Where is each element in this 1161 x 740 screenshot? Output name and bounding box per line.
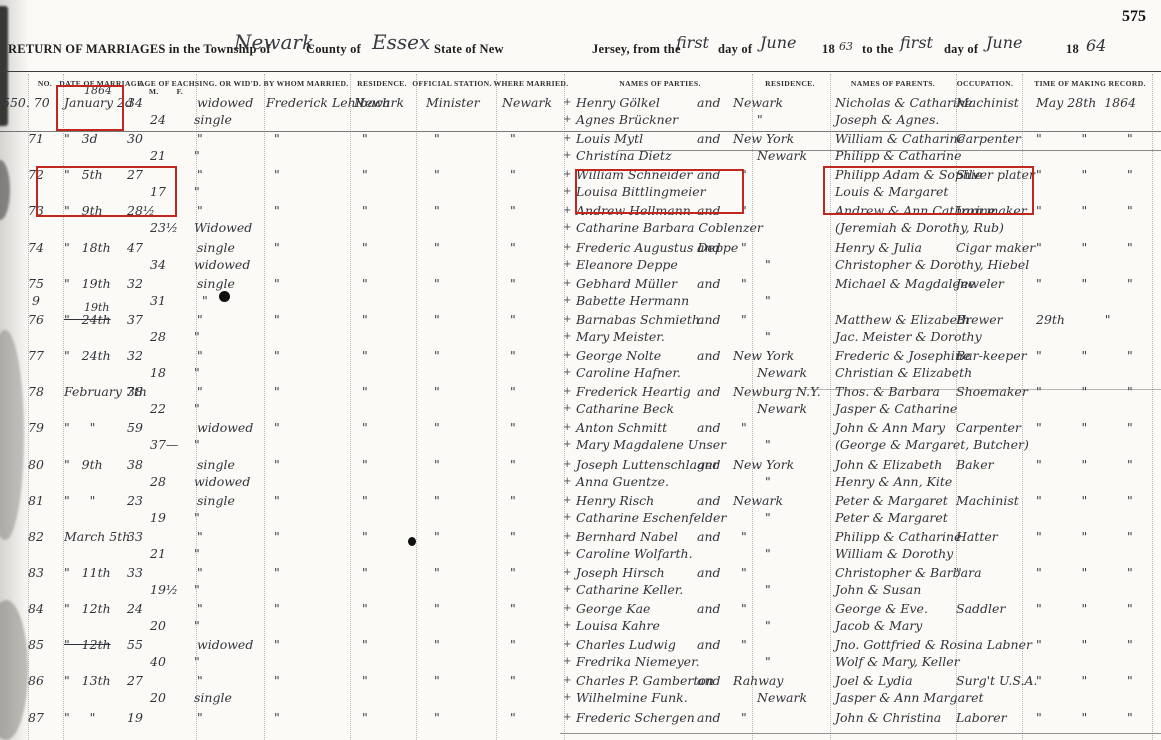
field-officiant-res: " [354, 637, 368, 652]
annotation-box-row72-parents [823, 166, 1034, 215]
field-groom-res: New York [733, 348, 794, 363]
title-county: Essex [372, 30, 430, 54]
field-station: " [426, 167, 440, 182]
field-time: " " " [1036, 710, 1133, 725]
field-officiant-res: " [354, 276, 368, 291]
field-groom-res: Newark [733, 95, 783, 110]
field-parents-m: Thos. & Barbara [835, 384, 940, 399]
field-parents-f: Wolf & Mary, Keller [835, 654, 960, 669]
field-parents-f: John & Susan [835, 582, 921, 597]
field-parents-m: Matthew & Elizabeth [835, 312, 970, 327]
field-conj: and [697, 420, 721, 435]
field-station: " [426, 493, 440, 508]
field-bride: Mary Magdalene Unser [576, 437, 726, 452]
field-time: " " " [1036, 420, 1133, 435]
column-separator [350, 74, 351, 740]
field-occupation: Carpenter [956, 420, 1021, 435]
field-bride: Caroline Hafner. [576, 365, 681, 380]
marriage-record-74: 74" 18th4734singlewidowed " " " "Frederi… [0, 239, 1161, 275]
field-by-whom: " [266, 276, 280, 291]
field-groom: George Kae [576, 601, 650, 616]
field-where: " [502, 420, 516, 435]
field-where: " [502, 529, 516, 544]
field-age-m: 33 [127, 529, 143, 544]
field-age-f: 19 [150, 510, 166, 525]
field-conj: and [697, 601, 721, 616]
field-status-m: " [197, 131, 203, 146]
col-header-where: WHERE MARRIED. [494, 79, 569, 88]
field-bride: Babette Hermann [576, 293, 689, 308]
field-status-m: widowed [197, 637, 253, 652]
field-groom-res: " [733, 276, 747, 291]
marriage-record-86: 86" 13th2720"single " " " "Charles P. Ga… [0, 672, 1161, 708]
field-station: " [426, 384, 440, 399]
marriage-record-81: 81" "2319single" " " " "Henry RischandNe… [0, 492, 1161, 528]
field-age-f: 31 [150, 293, 166, 308]
field-parents-m: Peter & Margaret [835, 493, 948, 508]
field-age-m: 38 [127, 384, 143, 399]
field-bride-res: " [757, 618, 771, 633]
field-conj: and [697, 312, 721, 327]
field-age-m: 59 [127, 420, 143, 435]
field-time: " " " [1036, 637, 1133, 652]
column-separator [63, 74, 64, 740]
field-conj: and [697, 565, 721, 580]
field-time: " " " [1036, 457, 1133, 472]
field-parents-f: Christopher & Dorothy, Hiebel [835, 257, 1029, 272]
field-where: " [502, 384, 516, 399]
field-occupation: Machinist [956, 493, 1019, 508]
field-conj: and [697, 493, 721, 508]
field-parents-f: Jac. Meister & Dorothy [835, 329, 982, 344]
field-status-m: single [197, 240, 235, 255]
title-rule [0, 71, 1161, 72]
field-officiant-res: " [354, 601, 368, 616]
field-by-whom: " [266, 565, 280, 580]
field-status-f: widowed [194, 257, 250, 272]
field-by-whom: " [266, 529, 280, 544]
field-bride-res: Newark [757, 690, 807, 705]
field-groom: Bernhard Nabel [576, 529, 678, 544]
field-bride: Caroline Wolfarth. [576, 546, 693, 561]
field-occupation: Brewer [956, 312, 1003, 327]
marriage-record-71: 71" 3d3021"" " " " "Louis MytlandNew Yor… [0, 130, 1161, 166]
marriage-record-82: 82March 5th3321"" " " " "Bernhard Nabela… [0, 528, 1161, 564]
field-station: " [426, 203, 440, 218]
field-bride: Louisa Kahre [576, 618, 660, 633]
field-where: " [502, 457, 516, 472]
field-time: " " " [1036, 493, 1133, 508]
field-groom: Louis Mytl [576, 131, 643, 146]
field-groom-res: " [733, 529, 747, 544]
title-to-day: first [900, 33, 933, 52]
rule-under-record-70 [0, 131, 1161, 132]
field-parents-m: John & Christina [835, 710, 941, 725]
field-no: 86 [28, 673, 44, 688]
field-where: " [502, 565, 516, 580]
field-officiant-res: " [354, 457, 368, 472]
field-by-whom: " [266, 384, 280, 399]
field-age-f: 28 [150, 474, 166, 489]
field-station: " [426, 565, 440, 580]
field-date: " " [64, 493, 95, 508]
field-groom-res: " [733, 420, 747, 435]
field-date: " 18th [64, 240, 111, 255]
field-station: " [426, 240, 440, 255]
field-status-f: single [194, 690, 232, 705]
column-separator [196, 74, 197, 740]
field-bride: Agnes Brückner [576, 112, 678, 127]
field-officiant-res: " [354, 420, 368, 435]
col-header-occupation: OCCUPATION. [957, 79, 1014, 88]
field-no: 87 [28, 710, 44, 725]
field-groom-res: " [733, 637, 747, 652]
marriage-record-79: 79" "5937—widowed" " " " "Anton Schmitta… [0, 419, 1161, 455]
marriage-record-80: 80" 9th3828singlewidowed " " " "Joseph L… [0, 456, 1161, 492]
field-status-m: " [197, 167, 203, 182]
field-bride-res: " [757, 293, 771, 308]
annotation-box-row72-names [575, 169, 744, 214]
field-time: " " " [1036, 203, 1133, 218]
field-no: 80 [28, 457, 44, 472]
field-groom: Henry Risch [576, 493, 654, 508]
field-officiant-res: " [354, 710, 368, 725]
field-bride-res: Newark [757, 401, 807, 416]
field-groom: Charles P. Gamberton [576, 673, 714, 688]
field-by-whom: " [266, 710, 280, 725]
col-header-singwid: SING. OR WID'D. [195, 79, 261, 88]
field-bride: Wilhelmine Funk. [576, 690, 688, 705]
field-station: " [426, 601, 440, 616]
field-occupation: Hatter [956, 529, 998, 544]
field-date-above: 19th [84, 300, 110, 315]
title-to-year: 64 [1086, 36, 1106, 55]
marriage-record-85: 85" 12th5540widowed" " " " "Charles Ludw… [0, 636, 1161, 672]
field-date: " 24th [64, 348, 111, 363]
field-bride: Catharine Beck [576, 401, 674, 416]
field-station: " [426, 131, 440, 146]
field-date: " 12th [64, 601, 111, 616]
col-header-no: NO. [38, 79, 52, 88]
field-conj: and [697, 457, 721, 472]
field-age-m: 24 [127, 601, 143, 616]
field-age-m: 30 [127, 131, 143, 146]
field-conj: and [697, 384, 721, 399]
field-occupation: Laborer [956, 710, 1007, 725]
field-groom: Charles Ludwig [576, 637, 676, 652]
title-printed-4: Jersey, from the [592, 42, 681, 57]
field-no: 79 [28, 420, 44, 435]
field-status-m: " [197, 312, 203, 327]
field-conj: and [697, 710, 721, 725]
field-officiant-res: " [354, 167, 368, 182]
field-groom-res: " [733, 601, 747, 616]
field-by-whom: " [266, 312, 280, 327]
field-age-f: 40 [150, 654, 166, 669]
field-parents-f: William & Dorothy [835, 546, 953, 561]
field-parents-m: Jno. Gottfried & Rosina Labner [835, 637, 1032, 652]
column-separator [830, 74, 831, 740]
field-status-m: " [197, 710, 203, 725]
field-age-f: 37— [150, 437, 178, 452]
field-by-whom: " [266, 637, 280, 652]
field-by-whom: " [266, 420, 280, 435]
field-status-m: " [197, 673, 203, 688]
title-printed-9: 18 [1066, 42, 1079, 57]
field-bride-res: " [757, 329, 771, 344]
field-officiant-res: " [354, 493, 368, 508]
ink-blot [219, 291, 230, 302]
col-header-time: TIME OF MAKING RECORD. [1034, 79, 1146, 88]
field-where: " [502, 348, 516, 363]
field-station: " [426, 276, 440, 291]
field-age-f: 19½ [150, 582, 178, 597]
column-separator [564, 74, 565, 740]
field-age-m: 33 [127, 565, 143, 580]
field-age-m: 27 [127, 673, 143, 688]
title-from-day: first [676, 33, 709, 52]
field-groom-res: " [733, 240, 747, 255]
field-station: " [426, 312, 440, 327]
field-no: 75 [28, 276, 44, 291]
field-bride: Fredrika Niemeyer. [576, 654, 700, 669]
field-groom: Frederick Heartig [576, 384, 691, 399]
field-groom-res: Rahway [733, 673, 783, 688]
column-separator [1152, 74, 1153, 740]
field-status-m: " [197, 348, 203, 363]
field-officiant-res: " [354, 131, 368, 146]
col-header-parents: NAMES OF PARENTS. [851, 79, 935, 88]
field-conj: and [697, 529, 721, 544]
field-parents-f: Jasper & Catharine [835, 401, 957, 416]
annotation-box-row72-number-date-ages [36, 166, 177, 217]
field-station: " [426, 710, 440, 725]
field-station: " [426, 529, 440, 544]
annotation-box-date-1864 [56, 85, 124, 131]
field-age-f: 20 [150, 618, 166, 633]
field-conj: and [697, 276, 721, 291]
field-date: " 9th [64, 457, 103, 472]
field-bride-res: " [757, 546, 771, 561]
field-bride: Catharine Keller. [576, 582, 683, 597]
field-station: " [426, 457, 440, 472]
field-status-m: single [197, 493, 235, 508]
field-where: " [502, 167, 516, 182]
field-bride-res: Newark [757, 365, 807, 380]
field-groom: Joseph Hirsch [576, 565, 665, 580]
col-header-residence2: RESIDENCE. [765, 79, 815, 88]
field-time: " " " [1036, 276, 1133, 291]
field-conj: and [697, 240, 721, 255]
field-where: " [502, 312, 516, 327]
field-age-f: 28 [150, 329, 166, 344]
field-conj: and [697, 637, 721, 652]
field-age-m: 37 [127, 312, 143, 327]
field-age-f: 20 [150, 690, 166, 705]
field-by-whom: " [266, 348, 280, 363]
page-number: 575 [1122, 8, 1146, 26]
field-officiant-res: " [354, 529, 368, 544]
faint-rule-mid [780, 389, 1161, 390]
field-parents-f: (Jeremiah & Dorothy, Rub) [835, 220, 1004, 235]
field-bride-res: " [757, 112, 763, 127]
column-separator [496, 74, 497, 740]
field-parents-m: Frederic & Josephine [835, 348, 970, 363]
field-time: " " " [1036, 240, 1133, 255]
field-parents-m: Michael & Magdalene [835, 276, 975, 291]
field-where: " [502, 637, 516, 652]
field-bride-res: " [757, 437, 771, 452]
field-date: " " [64, 420, 95, 435]
field-by-whom: " [266, 457, 280, 472]
field-groom-res: " [733, 565, 747, 580]
marriage-record-77: 77" 24th3218"" " " " "George NolteandNew… [0, 347, 1161, 383]
field-age-f: 18 [150, 365, 166, 380]
field-time: " " " [1036, 384, 1133, 399]
field-time: " " " [1036, 565, 1133, 580]
field-conj: and [697, 348, 721, 363]
field-occupation: Surg't U.S.A. [956, 673, 1037, 688]
column-separator [416, 74, 417, 740]
field-age-m: 19 [127, 710, 143, 725]
field-no: 85 [28, 637, 44, 652]
field-officiant-res: " [354, 384, 368, 399]
field-groom-res: New York [733, 457, 794, 472]
field-age-f: 23½ [150, 220, 178, 235]
field-parents-m: George & Eve. [835, 601, 928, 616]
field-parents-f: Peter & Margaret [835, 510, 948, 525]
field-no: 82 [28, 529, 44, 544]
ink-blot [408, 537, 416, 546]
field-age-m: 47 [127, 240, 143, 255]
field-officiant-res: " [354, 348, 368, 363]
field-bride: Catharine Barbara Coblenzer [576, 220, 763, 235]
field-time: May 28th 1864 [1036, 95, 1136, 110]
field-bride-res: " [757, 510, 771, 525]
field-no: 71 [28, 131, 44, 146]
field-time: " " " [1036, 131, 1133, 146]
column-separator [752, 74, 753, 740]
field-status-m: " [197, 529, 203, 544]
field-date: March 5th [64, 529, 130, 544]
field-occupation: Baker [956, 457, 994, 472]
field-bride-res: " [757, 654, 771, 669]
field-status-m: " [197, 565, 203, 580]
field-station: " [426, 420, 440, 435]
field-date: " " [64, 710, 95, 725]
field-no: 83 [28, 565, 44, 580]
title-printed-1: RETURN OF MARRIAGES in the Township of [8, 42, 271, 57]
field-time: " " " [1036, 601, 1133, 616]
title-printed-8: day of [944, 42, 978, 57]
column-separator [1022, 74, 1023, 740]
field-no: 81 [28, 493, 44, 508]
field-by-whom: " [266, 493, 280, 508]
title-printed-2: County of [306, 42, 361, 57]
field-bride-res: " [757, 582, 771, 597]
field-age-m: 55 [127, 637, 143, 652]
field-time: " " " [1036, 529, 1133, 544]
field-no: 76 [28, 312, 44, 327]
field-date: " 19th [64, 276, 111, 291]
col-header-station: OFFICIAL STATION. [412, 79, 492, 88]
field-parents-f: Jacob & Mary [835, 618, 922, 633]
field-age-m: 34 [127, 95, 143, 110]
col-header-bywhom: BY WHOM MARRIED. [263, 79, 348, 88]
col-header-residence1: RESIDENCE. [357, 79, 407, 88]
field-status-f: widowed [194, 474, 250, 489]
field-groom-res: New York [733, 131, 794, 146]
field-time: 29th " [1036, 312, 1110, 327]
field-where: " [502, 131, 516, 146]
field-officiant-res: " [354, 673, 368, 688]
col-header-parties: NAMES OF PARTIES. [619, 79, 700, 88]
field-age-m: 23 [127, 493, 143, 508]
field-status-m: widowed [197, 95, 253, 110]
field-date: " 3d [64, 131, 98, 146]
field-status-m: " [197, 601, 203, 616]
field-status-m: single [197, 457, 235, 472]
field-parents-m: Henry & Julia [835, 240, 922, 255]
field-station: " [426, 637, 440, 652]
field-parents-m: Joel & Lydia [835, 673, 913, 688]
field-parents-m: Philipp & Catharine [835, 529, 962, 544]
field-parents-f: (George & Margaret, Butcher) [835, 437, 1029, 452]
field-occupation: Saddler [956, 601, 1005, 616]
field-where: " [502, 203, 516, 218]
field-no: 78 [28, 384, 44, 399]
marriage-record-75: 759" 19th3231single " " " " "Gebhard Mül… [0, 275, 1161, 311]
field-groom: Frederic Schergen [576, 710, 695, 725]
field-by-whom: " [266, 203, 280, 218]
field-groom: Henry Gölkel [576, 95, 660, 110]
title-from-month: June [760, 33, 797, 52]
field-status-f: Widowed [194, 220, 252, 235]
field-status-f: single [194, 112, 232, 127]
field-by-whom: " [266, 167, 280, 182]
field-by-whom: " [266, 673, 280, 688]
field-status-m: widowed [197, 420, 253, 435]
field-occupation: Bar-keeper [956, 348, 1027, 363]
marriage-record-550-70: 550. 70January 2d18643424widowedsingleFr… [0, 94, 1161, 130]
title-printed-5: day of [718, 42, 752, 57]
field-time: " " " [1036, 167, 1133, 182]
field-no: 77 [28, 348, 44, 363]
field-groom-res: Newburg N.Y. [733, 384, 821, 399]
column-separator [28, 74, 29, 740]
field-no: 74 [28, 240, 44, 255]
field-bride: Catharine Eschenfelder [576, 510, 726, 525]
title-printed-7: to the [862, 42, 893, 57]
field-conj: and [697, 95, 721, 110]
field-age-m: 32 [127, 348, 143, 363]
field-station: " [426, 348, 440, 363]
field-parents-f: Christian & Elizabeth [835, 365, 972, 380]
field-parents-m: John & Elizabeth [835, 457, 942, 472]
field-parents-f: Henry & Ann, Kite [835, 474, 952, 489]
field-where: " [502, 673, 516, 688]
field-bride: Anna Guentze. [576, 474, 669, 489]
field-where: " [502, 276, 516, 291]
field-officiant-res: " [354, 203, 368, 218]
field-parents-m: William & Catharine [835, 131, 965, 146]
field-groom: Gebhard Müller [576, 276, 677, 291]
field-groom: Barnabas Schmieth [576, 312, 700, 327]
field-groom: Anton Schmitt [576, 420, 667, 435]
field-time: " " " [1036, 348, 1133, 363]
field-groom: George Nolte [576, 348, 661, 363]
column-separator [264, 74, 265, 740]
